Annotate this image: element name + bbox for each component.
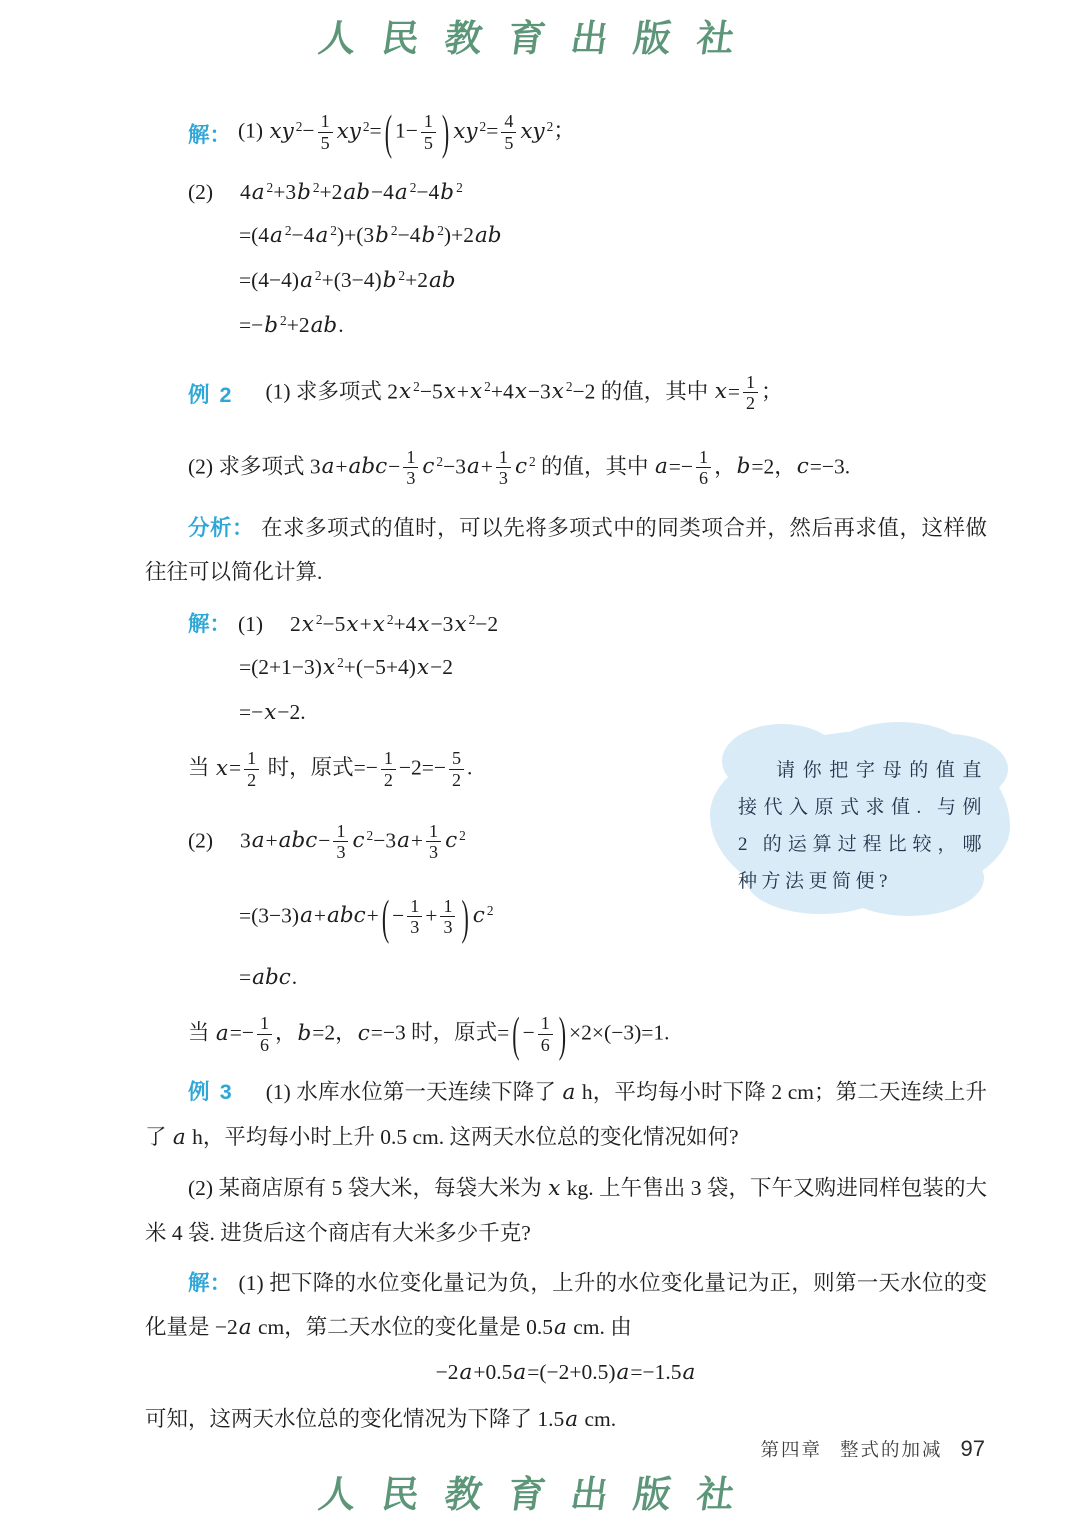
math-expression: =abc. [239, 965, 297, 990]
footer-chapter: 第四章 [760, 1436, 822, 1462]
math-expression: =(4−4)a2+(3−4)b2+2ab [239, 268, 457, 293]
math-expression: 当 x=12 时，原式=−12−2=−52. [188, 749, 472, 790]
example2-item-1: 例 2 (1) 求多项式 2x2−5x+x2+4x−3x2−2 的值，其中 x=… [145, 356, 987, 431]
analysis-paragraph: 分析：在求多项式的值时，可以先将多项式中的同类项合并，然后再求值，这样做往往可以… [145, 506, 987, 594]
math-expression: (1) 把下降的水位变化量记为负，上升的水位变化量记为正，则第一天水位的变化量是… [145, 1271, 987, 1339]
math-expression: (1) 水库水位第一天连续下降了 a h，平均每小时下降 2 cm；第二天连续上… [145, 1080, 987, 1149]
solution-label: 解： [188, 118, 231, 149]
thought-bubble: 请你把字母的值直接代入原式求值. 与例 2 的运算过程比较，哪种方法更简便? [708, 724, 1012, 914]
solution3-paragraph-2: 可知，这两天水位总的变化情况为下降了 1.5a cm. [145, 1395, 987, 1440]
math-expression: =(3−3)a+abc+(−13+13)c2 [239, 897, 494, 938]
publisher-logo-header: 人民教育出版社 [0, 8, 1080, 62]
example3-label: 例 3 [188, 1080, 234, 1104]
example2-item-2: (2) 求多项式 3a+abc−13c2−3a+13c2 的值，其中 a=−16… [145, 431, 987, 506]
math-expression: =(2+1−3)x2+(−5+4)x−2 [239, 655, 453, 680]
example2-label: 例 2 [188, 378, 233, 409]
example3-item-2: (2) 某商店原有 5 袋大米，每袋大米为 x kg. 上午售出 3 袋，下午又… [145, 1166, 987, 1255]
solution2-line-1: 解： (1) 2x2−5x+x2+4x−3x2−2 [145, 600, 987, 645]
textbook-page: 人民教育出版社 解： (1) xy2−15xy2=(1−15)xy2=45xy2… [0, 0, 1080, 1526]
solution3-paragraph-1: 解：(1) 把下降的水位变化量记为负，上升的水位变化量记为正，则第一天水位的变化… [145, 1261, 987, 1350]
math-expression: (1) xy2−15xy2=(1−15)xy2=45xy2； [238, 112, 575, 153]
math-expression: (1) 求多项式 2x2−5x+x2+4x−3x2−2 的值，其中 x=12； [265, 373, 782, 414]
solution2-line-7: =abc. [145, 955, 987, 1000]
solution1-line-4: =(4−4)a2+(3−4)b2+2ab [145, 258, 987, 303]
math-expression: (2) 4a2+3b2+2ab−4a2−4b2 [188, 175, 463, 206]
solution1-line-3: =(4a2−4a2)+(3b2−4b2)+2ab [145, 213, 987, 258]
footer-section-title: 整式的加减 [840, 1436, 943, 1462]
example3-item-1: 例 3(1) 水库水位第一天连续下降了 a h，平均每小时下降 2 cm；第二天… [145, 1070, 987, 1160]
math-expression: =−x−2. [239, 700, 306, 725]
math-expression: (2) 3a+abc−13c2−3a+13c2 [188, 822, 466, 863]
analysis-text: 在求多项式的值时，可以先将多项式中的同类项合并，然后再求值，这样做往往可以简化计… [145, 516, 987, 584]
math-expression: =−b2+2ab. [239, 313, 344, 338]
page-footer: 第四章 整式的加减 97 [760, 1436, 985, 1462]
solution3-centered-equation: −2a+0.5a=(−2+0.5)a=−1.5a [145, 1350, 987, 1395]
math-expression: (1) 2x2−5x+x2+4x−3x2−2 [238, 607, 498, 638]
solution1-line-5: =−b2+2ab. [145, 303, 987, 348]
publisher-logo-footer: 人民教育出版社 [0, 1464, 1080, 1518]
solution2-line-8: 当 a=−16，b=2，c=−3 时，原式=(−16)×2×(−3)=1. [145, 1000, 987, 1070]
solution-label: 解： [188, 1271, 232, 1295]
solution1-line-1: 解： (1) xy2−15xy2=(1−15)xy2=45xy2； [145, 98, 987, 168]
math-expression: 可知，这两天水位总的变化情况为下降了 1.5a cm. [145, 1402, 616, 1433]
math-expression: (2) 某商店原有 5 袋大米，每袋大米为 x kg. 上午售出 3 袋，下午又… [145, 1176, 987, 1245]
analysis-label: 分析： [188, 516, 254, 540]
bubble-text: 请你把字母的值直接代入原式求值. 与例 2 的运算过程比较，哪种方法更简便? [708, 724, 1012, 900]
math-expression: (2) 求多项式 3a+abc−13c2−3a+13c2 的值，其中 a=−16… [188, 448, 850, 489]
solution1-line-2: (2) 4a2+3b2+2ab−4a2−4b2 [145, 168, 987, 213]
solution-label: 解： [188, 607, 231, 638]
math-expression: =(4a2−4a2)+(3b2−4b2)+2ab [239, 223, 503, 248]
footer-page-number: 97 [961, 1436, 985, 1462]
math-expression: 当 a=−16，b=2，c=−3 时，原式=(−16)×2×(−3)=1. [188, 1014, 670, 1055]
solution2-line-2: =(2+1−3)x2+(−5+4)x−2 [145, 645, 987, 690]
math-expression: −2a+0.5a=(−2+0.5)a=−1.5a [436, 1360, 697, 1385]
